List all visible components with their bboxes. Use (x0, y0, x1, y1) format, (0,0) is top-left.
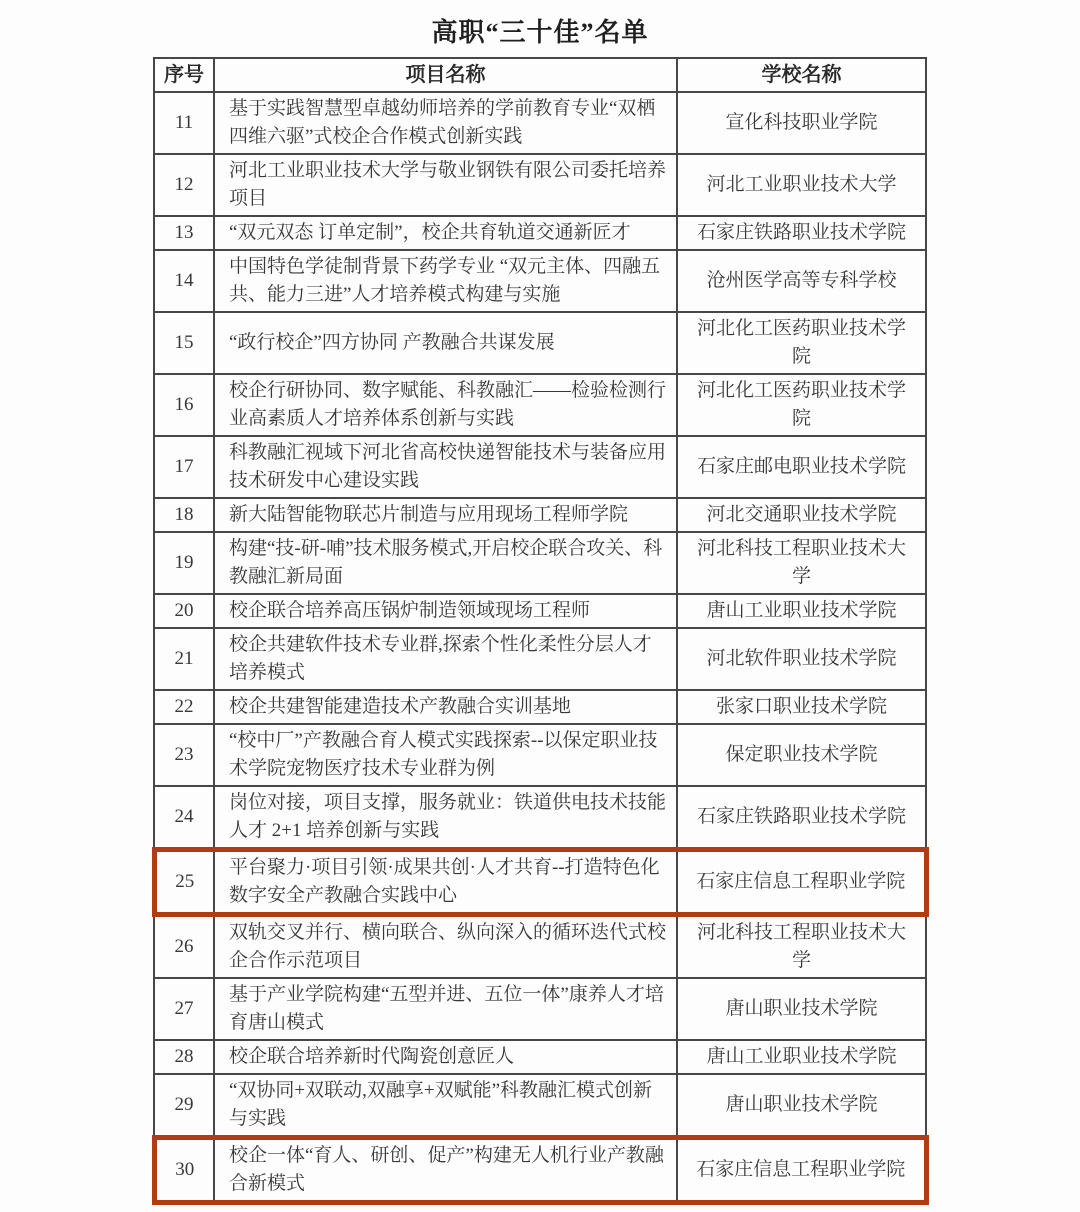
table-body: 11基于实践智慧型卓越幼师培养的学前教育专业“双栖四维六驱”式校企合作模式创新实… (154, 92, 926, 1203)
row-project-name: 平台聚力·项目引领·成果共创·人才共育--打造特色化数字安全产教融合实践中心 (214, 850, 677, 915)
row-project-name: 基于实践智慧型卓越幼师培养的学前教育专业“双栖四维六驱”式校企合作模式创新实践 (214, 92, 677, 154)
row-school-name: 河北化工医药职业技术学院 (677, 374, 926, 436)
col-header-project-name: 项目名称 (214, 58, 677, 92)
row-serial-number: 19 (154, 532, 214, 594)
row-serial-number: 17 (154, 436, 214, 498)
row-serial-number: 18 (154, 498, 214, 532)
table-row: 16校企行研协同、数字赋能、科教融汇——检验检测行业高素质人才培养体系创新与实践… (154, 374, 926, 436)
row-school-name: 宣化科技职业学院 (677, 92, 926, 154)
row-serial-number: 27 (154, 978, 214, 1040)
table-row: 30校企一体“育人、研创、促产”构建无人机行业产教融合新模式石家庄信息工程职业学… (154, 1138, 926, 1203)
table-row: 11基于实践智慧型卓越幼师培养的学前教育专业“双栖四维六驱”式校企合作模式创新实… (154, 92, 926, 154)
row-school-name: 石家庄信息工程职业学院 (677, 1138, 926, 1203)
row-project-name: 双轨交叉并行、横向联合、纵向深入的循环迭代式校企合作示范项目 (214, 915, 677, 979)
row-serial-number: 24 (154, 786, 214, 850)
row-school-name: 河北化工医药职业技术学院 (677, 312, 926, 374)
document-page: 高职“三十佳”名单 序号 项目名称 学校名称 11基于实践智慧型卓越幼师培养的学… (0, 0, 1080, 1212)
row-project-name: 校企联合培养新时代陶瓷创意匠人 (214, 1040, 677, 1074)
table-row: 29“双协同+双联动,双融享+双赋能”科教融汇模式创新与实践唐山职业技术学院 (154, 1074, 926, 1138)
row-serial-number: 11 (154, 92, 214, 154)
col-header-school-name: 学校名称 (677, 58, 926, 92)
col-header-serial-number: 序号 (154, 58, 214, 92)
table-row: 21校企共建软件技术专业群,探索个性化柔性分层人才培养模式河北软件职业技术学院 (154, 628, 926, 690)
row-serial-number: 13 (154, 216, 214, 250)
row-school-name: 张家口职业技术学院 (677, 690, 926, 724)
row-school-name: 石家庄信息工程职业学院 (677, 850, 926, 915)
row-serial-number: 12 (154, 154, 214, 216)
table-row: 12河北工业职业技术大学与敬业钢铁有限公司委托培养项目河北工业职业技术大学 (154, 154, 926, 216)
table-row: 18新大陆智能物联芯片制造与应用现场工程师学院河北交通职业技术学院 (154, 498, 926, 532)
row-school-name: 唐山职业技术学院 (677, 1074, 926, 1138)
row-school-name: 唐山工业职业技术学院 (677, 594, 926, 628)
row-school-name: 沧州医学高等专科学校 (677, 250, 926, 312)
row-serial-number: 26 (154, 915, 214, 979)
row-project-name: 构建“技-研-哺”技术服务模式,开启校企联合攻关、科教融汇新局面 (214, 532, 677, 594)
header-row: 序号 项目名称 学校名称 (154, 58, 926, 92)
table-row: 28校企联合培养新时代陶瓷创意匠人唐山工业职业技术学院 (154, 1040, 926, 1074)
row-serial-number: 14 (154, 250, 214, 312)
row-project-name: “双协同+双联动,双融享+双赋能”科教融汇模式创新与实践 (214, 1074, 677, 1138)
row-project-name: 岗位对接，项目支撑，服务就业：铁道供电技术技能人才 2+1 培养创新与实践 (214, 786, 677, 850)
row-serial-number: 15 (154, 312, 214, 374)
row-project-name: “双元双态 订单定制”，校企共育轨道交通新匠才 (214, 216, 677, 250)
row-serial-number: 21 (154, 628, 214, 690)
row-project-name: 河北工业职业技术大学与敬业钢铁有限公司委托培养项目 (214, 154, 677, 216)
row-school-name: 河北科技工程职业技术大学 (677, 915, 926, 979)
row-serial-number: 16 (154, 374, 214, 436)
table-row: 25平台聚力·项目引领·成果共创·人才共育--打造特色化数字安全产教融合实践中心… (154, 850, 926, 915)
row-serial-number: 29 (154, 1074, 214, 1138)
row-serial-number: 30 (154, 1138, 214, 1203)
row-school-name: 河北科技工程职业技术大学 (677, 532, 926, 594)
awards-table: 序号 项目名称 学校名称 11基于实践智慧型卓越幼师培养的学前教育专业“双栖四维… (152, 57, 929, 1205)
row-school-name: 保定职业技术学院 (677, 724, 926, 786)
table-row: 26双轨交叉并行、横向联合、纵向深入的循环迭代式校企合作示范项目河北科技工程职业… (154, 915, 926, 979)
table-row: 20校企联合培养高压锅炉制造领域现场工程师唐山工业职业技术学院 (154, 594, 926, 628)
page-title: 高职“三十佳”名单 (0, 0, 1080, 57)
table-row: 23“校中厂”产教融合育人模式实践探索--以保定职业技术学院宠物医疗技术专业群为… (154, 724, 926, 786)
row-school-name: 河北工业职业技术大学 (677, 154, 926, 216)
row-project-name: 校企行研协同、数字赋能、科教融汇——检验检测行业高素质人才培养体系创新与实践 (214, 374, 677, 436)
row-project-name: “政行校企”四方协同 产教融合共谋发展 (214, 312, 677, 374)
row-school-name: 唐山工业职业技术学院 (677, 1040, 926, 1074)
table-row: 17科教融汇视域下河北省高校快递智能技术与装备应用技术研发中心建设实践石家庄邮电… (154, 436, 926, 498)
table-row: 14中国特色学徒制背景下药学专业 “双元主体、四融五共、能力三进”人才培养模式构… (154, 250, 926, 312)
row-project-name: 新大陆智能物联芯片制造与应用现场工程师学院 (214, 498, 677, 532)
row-school-name: 唐山职业技术学院 (677, 978, 926, 1040)
row-serial-number: 23 (154, 724, 214, 786)
row-school-name: 石家庄铁路职业技术学院 (677, 786, 926, 850)
row-project-name: 基于产业学院构建“五型并进、五位一体”康养人才培育唐山模式 (214, 978, 677, 1040)
row-project-name: 校企共建软件技术专业群,探索个性化柔性分层人才培养模式 (214, 628, 677, 690)
row-project-name: 校企联合培养高压锅炉制造领域现场工程师 (214, 594, 677, 628)
row-serial-number: 22 (154, 690, 214, 724)
row-serial-number: 28 (154, 1040, 214, 1074)
row-project-name: 科教融汇视域下河北省高校快递智能技术与装备应用技术研发中心建设实践 (214, 436, 677, 498)
row-project-name: 校企一体“育人、研创、促产”构建无人机行业产教融合新模式 (214, 1138, 677, 1203)
row-school-name: 河北交通职业技术学院 (677, 498, 926, 532)
table-row: 24岗位对接，项目支撑，服务就业：铁道供电技术技能人才 2+1 培养创新与实践石… (154, 786, 926, 850)
row-school-name: 河北软件职业技术学院 (677, 628, 926, 690)
table-header: 序号 项目名称 学校名称 (154, 58, 926, 92)
row-project-name: “校中厂”产教融合育人模式实践探索--以保定职业技术学院宠物医疗技术专业群为例 (214, 724, 677, 786)
row-school-name: 石家庄邮电职业技术学院 (677, 436, 926, 498)
row-project-name: 校企共建智能建造技术产教融合实训基地 (214, 690, 677, 724)
table-row: 22校企共建智能建造技术产教融合实训基地张家口职业技术学院 (154, 690, 926, 724)
row-serial-number: 25 (154, 850, 214, 915)
table-row: 27基于产业学院构建“五型并进、五位一体”康养人才培育唐山模式唐山职业技术学院 (154, 978, 926, 1040)
row-serial-number: 20 (154, 594, 214, 628)
table-row: 19构建“技-研-哺”技术服务模式,开启校企联合攻关、科教融汇新局面河北科技工程… (154, 532, 926, 594)
table-row: 13“双元双态 订单定制”，校企共育轨道交通新匠才石家庄铁路职业技术学院 (154, 216, 926, 250)
row-project-name: 中国特色学徒制背景下药学专业 “双元主体、四融五共、能力三进”人才培养模式构建与… (214, 250, 677, 312)
row-school-name: 石家庄铁路职业技术学院 (677, 216, 926, 250)
table-row: 15“政行校企”四方协同 产教融合共谋发展河北化工医药职业技术学院 (154, 312, 926, 374)
